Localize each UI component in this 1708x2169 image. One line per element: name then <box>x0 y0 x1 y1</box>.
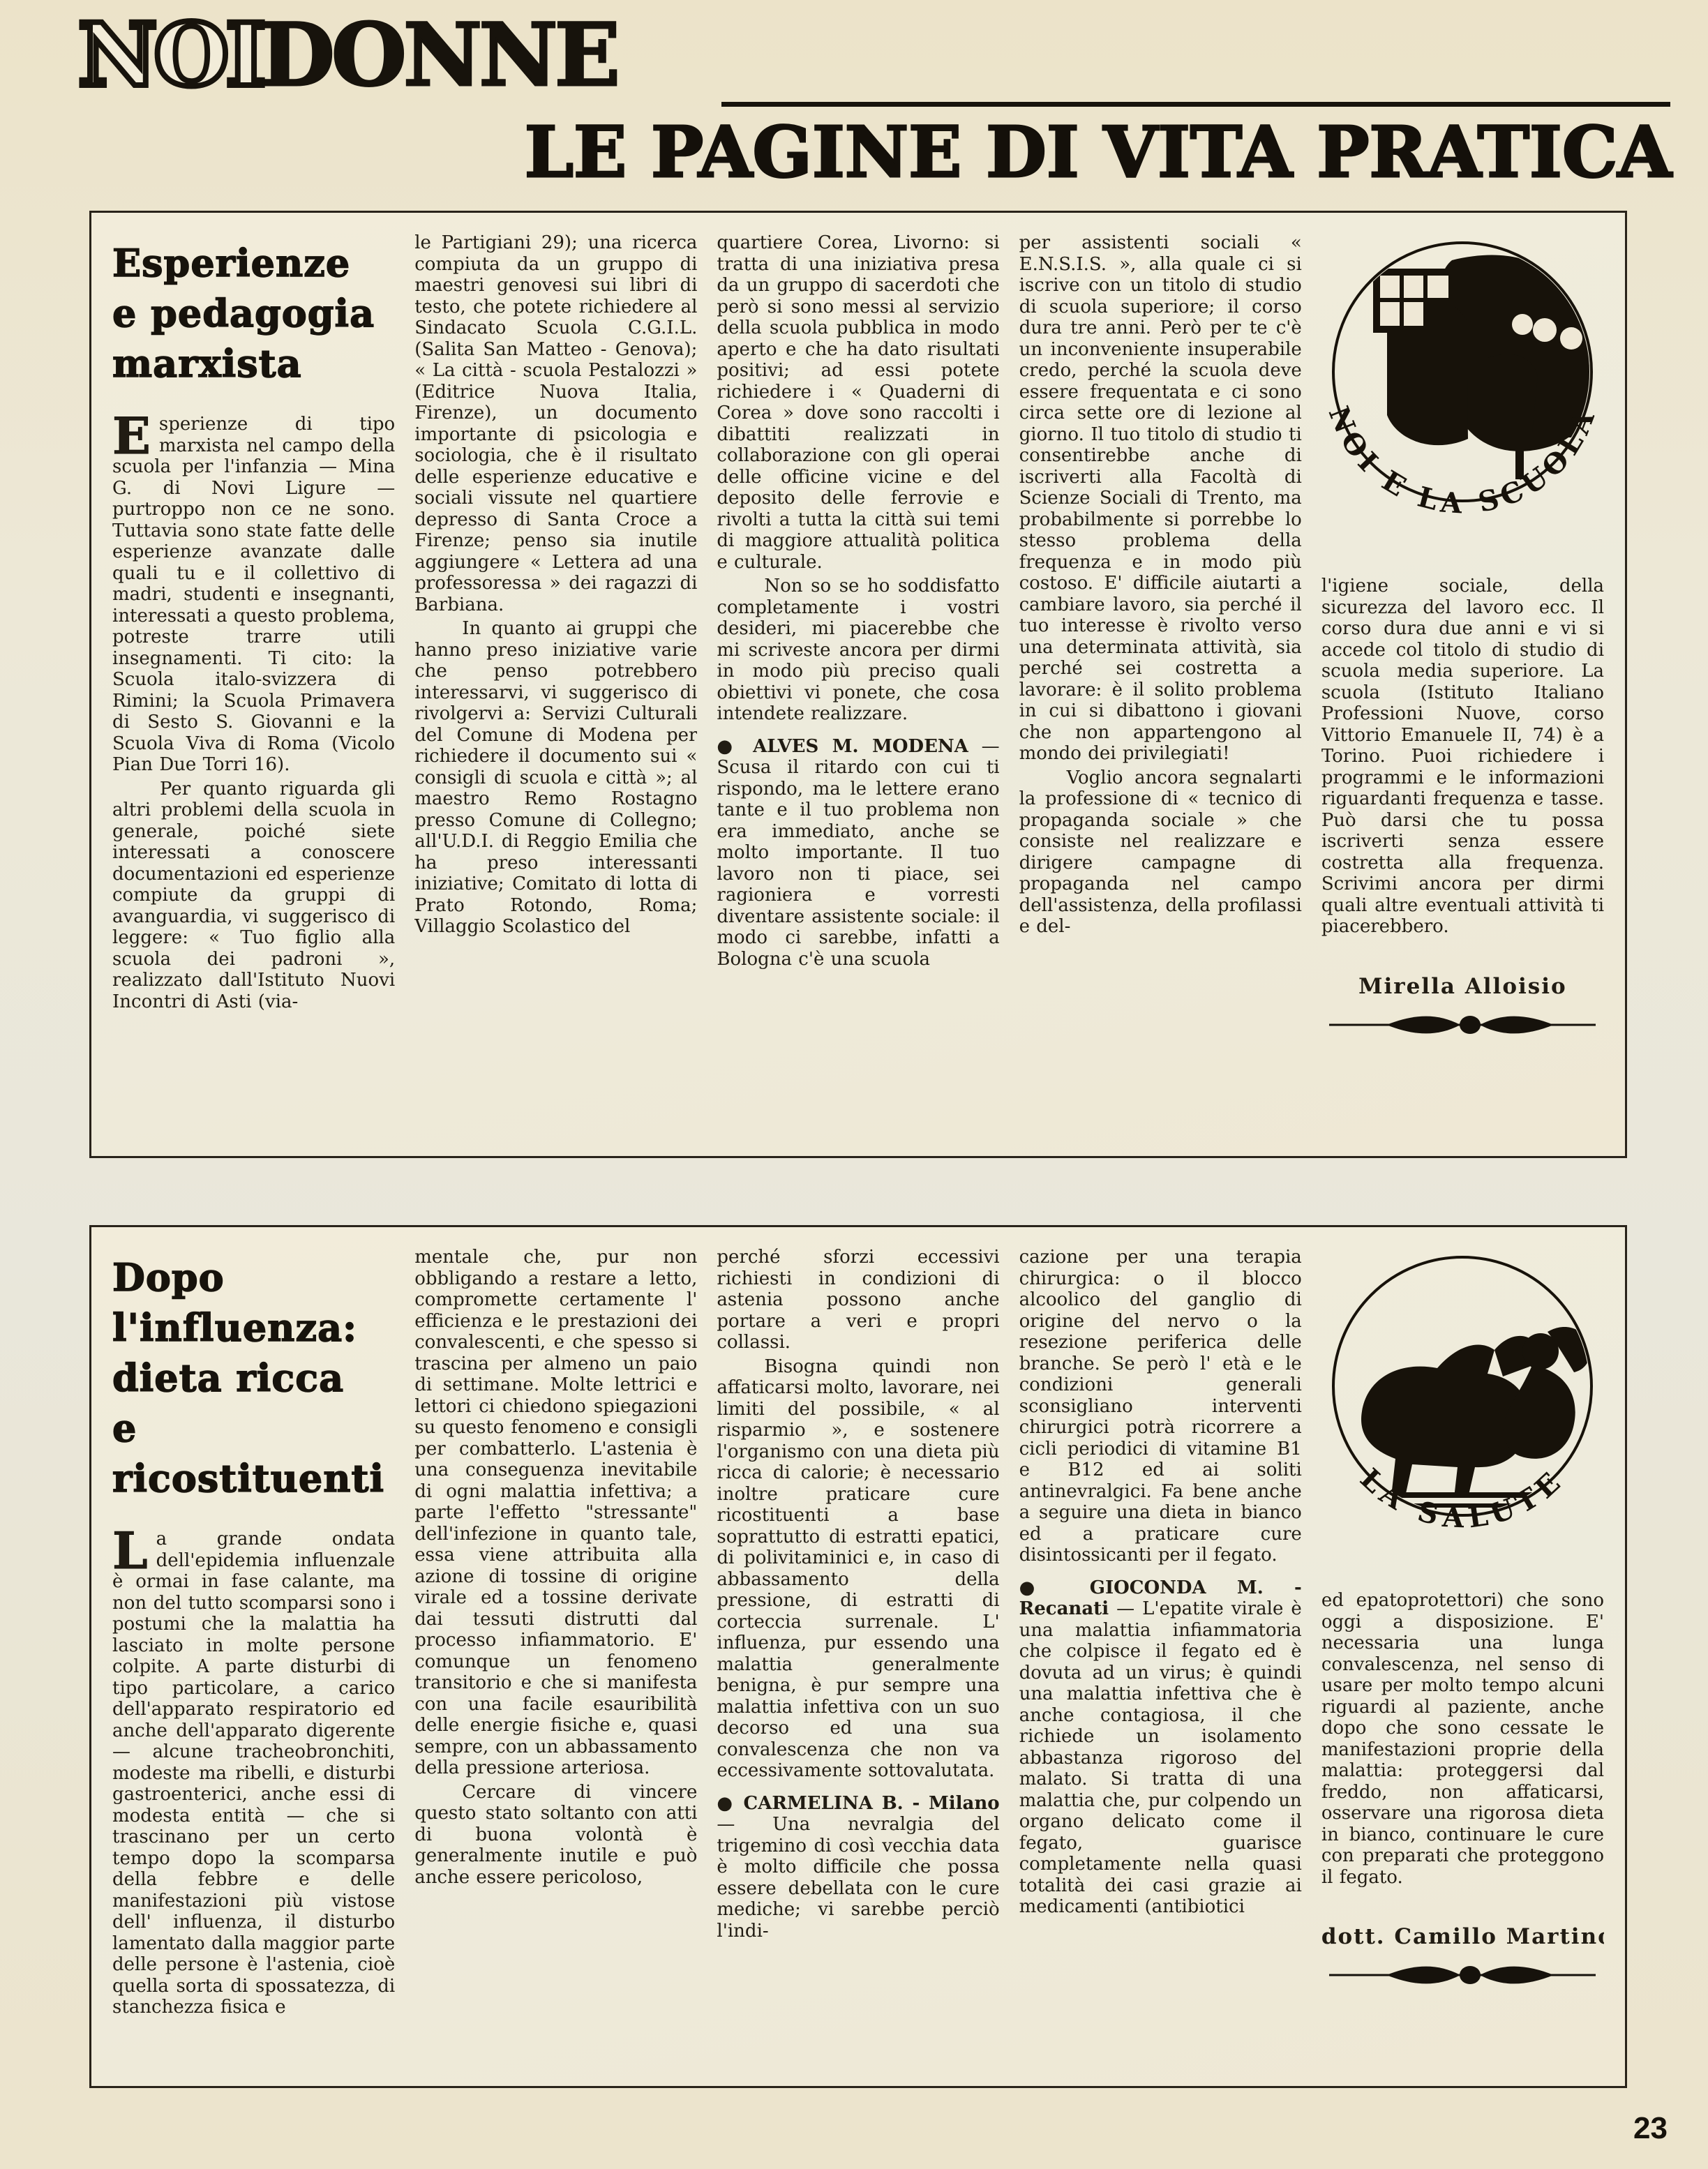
paragraph: Non so se ho soddisfatto completamente i… <box>717 576 999 725</box>
reader-letter: ● GIOCONDA M. - Recanati — L'epatite vir… <box>1019 1577 1302 1918</box>
noidonne-logo: NOIDONNE <box>78 13 617 99</box>
signature-alloisio: Mirella Alloisio <box>1321 974 1604 999</box>
article2-col2: mentale che, pur non obbligando a restar… <box>414 1247 697 2066</box>
paragraph: cazione per una terapia chirurgica: o il… <box>1019 1247 1302 1566</box>
reader-letter: ● CARMELINA B. - Milano — Una nevralgia … <box>717 1793 999 1942</box>
paragraph: mentale che, pur non obbligando a restar… <box>414 1247 697 1779</box>
flourish-divider-icon <box>1326 1009 1598 1041</box>
article1-col3: quartiere Corea, Livorno: si tratta di u… <box>717 232 999 1136</box>
masthead-rule <box>721 102 1670 107</box>
signature-martino: dott. Camillo Martino <box>1321 1924 1604 1949</box>
dropcap-letter: L <box>112 1529 156 1570</box>
article1-col4: per assistenti sociali « E.N.S.I.S. », a… <box>1019 232 1302 1136</box>
article2-col4: cazione per una terapia chirurgica: o il… <box>1019 1247 1302 2066</box>
masthead: NOIDONNE LE PAGINE DI VITA PRATICA <box>0 0 1708 209</box>
article2-col5: LA SALUTE ed epatoprotettori) che sono o… <box>1321 1247 1604 2066</box>
paragraph: Voglio ancora segnalarti la professione … <box>1019 767 1302 938</box>
logo-noi-text: NOI <box>78 5 262 106</box>
paragraph: quartiere Corea, Livorno: si tratta di u… <box>717 232 999 573</box>
article2-title: Dopo l'influenza: dieta ricca e ricostit… <box>112 1252 395 1503</box>
la-salute-badge-icon: LA SALUTE <box>1323 1247 1602 1575</box>
paragraph: Per quanto riguarda gli altri problemi d… <box>112 779 395 1013</box>
reader-letter: ● ALVES M. MODENA — Scusa il ritardo con… <box>717 736 999 970</box>
reader-letter-name: ● ALVES M. MODENA <box>717 736 968 757</box>
article-scuola-columns: Esperienze e pedagogia marxista Esperien… <box>112 232 1604 1136</box>
article-scuola-box: Esperienze e pedagogia marxista Esperien… <box>89 211 1627 1158</box>
reader-letter-name: ● CARMELINA B. - Milano <box>717 1793 999 1814</box>
paragraph-text: a grande ondata dell'epidemia influenzal… <box>112 1529 395 2018</box>
paragraph: Esperienze di tipo marxista nel campo de… <box>112 414 395 776</box>
dropcap-letter: E <box>112 414 159 456</box>
noi-e-la-scuola-badge-icon: NOI E LA SCUOLA <box>1323 232 1602 560</box>
paragraph: l'igiene sociale, della sicurezza del la… <box>1321 576 1604 938</box>
paragraph: ed epatoprotettori) che sono oggi a disp… <box>1321 1590 1604 1888</box>
article1-title: Esperienze e pedagogia marxista <box>112 238 395 389</box>
magazine-page: { "page": { "number": "23", "paper_color… <box>0 0 1708 2169</box>
article2-col3: perché sforzi eccessivi richiesti in con… <box>717 1247 999 2066</box>
article1-col2: le Partigiani 29); una ricerca compiuta … <box>414 232 697 1136</box>
paragraph: La grande ondata dell'epidemia influenza… <box>112 1529 395 2018</box>
page-number: 23 <box>1633 2111 1668 2146</box>
logo-donne-text: DONNE <box>260 5 617 106</box>
reader-letter-text: — Scusa il ritardo con cui ti rispondo, … <box>717 736 999 970</box>
paragraph: per assistenti sociali « E.N.S.I.S. », a… <box>1019 232 1302 765</box>
article-salute-columns: Dopo l'influenza: dieta ricca e ricostit… <box>112 1247 1604 2066</box>
reader-letter-text: — L'epatite virale è una malattia infiam… <box>1019 1598 1302 1917</box>
article2-col1: Dopo l'influenza: dieta ricca e ricostit… <box>112 1247 395 2066</box>
flourish-divider-icon <box>1326 1959 1598 1991</box>
reader-letter-text: — Una nevralgia del trigemino di così ve… <box>717 1814 999 1942</box>
paragraph: le Partigiani 29); una ricerca compiuta … <box>414 232 697 615</box>
paragraph-text: sperienze di tipo marxista nel campo del… <box>112 414 395 775</box>
paragraph: perché sforzi eccessivi richiesti in con… <box>717 1247 999 1353</box>
article1-col1: Esperienze e pedagogia marxista Esperien… <box>112 232 395 1136</box>
article-salute-box: Dopo l'influenza: dieta ricca e ricostit… <box>89 1225 1627 2088</box>
article1-col5: NOI E LA SCUOLA l'igiene sociale, della … <box>1321 232 1604 1136</box>
section-title: LE PAGINE DI VITA PRATICA <box>525 117 1672 187</box>
paragraph: Cercare di vincere questo stato soltanto… <box>414 1782 697 1889</box>
paragraph: Bisogna quindi non affaticarsi molto, la… <box>717 1356 999 1782</box>
paragraph: In quanto ai gruppi che hanno preso iniz… <box>414 618 697 938</box>
